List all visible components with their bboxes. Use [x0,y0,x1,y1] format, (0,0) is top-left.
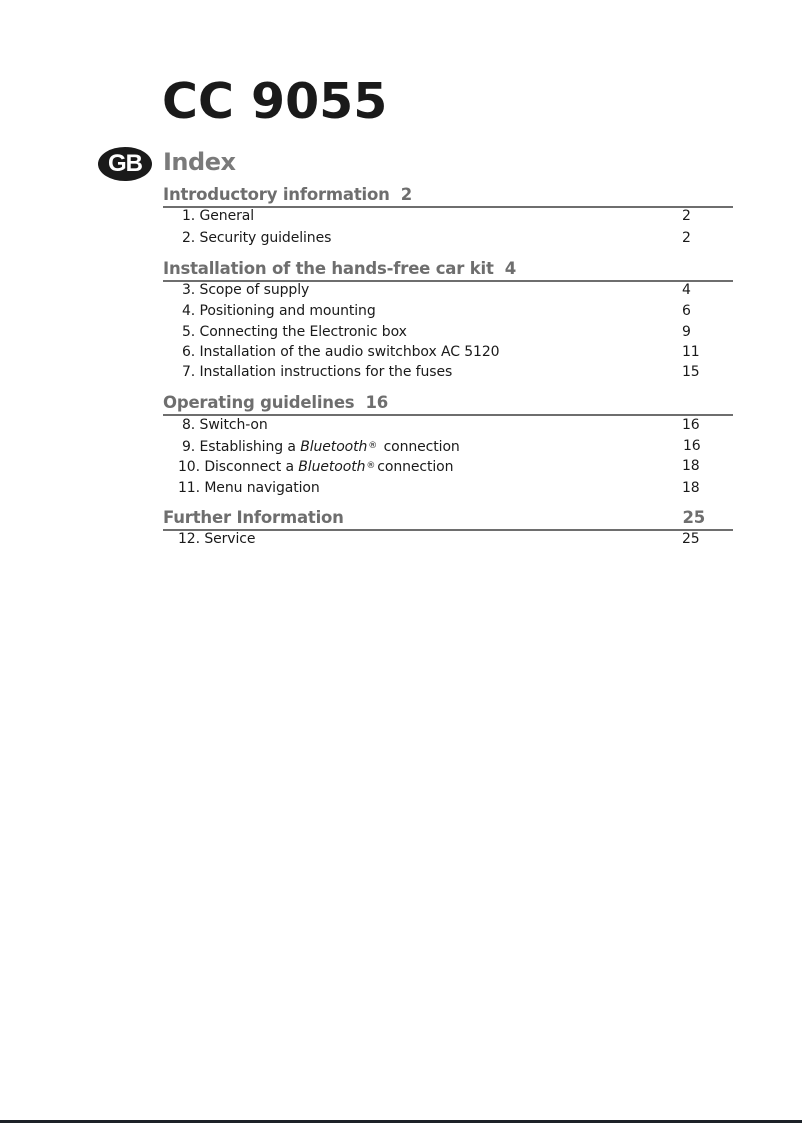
toc-section-further-information: Further Information 25 12. Service 25 [163,507,733,531]
toc-entry[interactable]: 12. Service 25 [163,529,733,549]
section-page: 2 [401,185,412,204]
toc-entry[interactable]: 8. Switch-on 16 [163,415,733,435]
entry-page: 2 [682,228,691,248]
entry-text: Scope of supply [200,282,310,298]
toc-entry[interactable]: 3. Scope of supply 4 [163,280,733,300]
entry-page: 15 [682,362,700,382]
toc-section-operating: Operating guidelines 16 8. Switch-on 16 … [163,392,733,416]
section-title: Installation of the hands-free car kit [163,259,494,278]
entry-page: 16 [682,415,700,435]
entry-page: 18 [682,478,700,498]
language-badge-gb: GB [98,147,152,181]
toc-entry[interactable]: 7. Installation instructions for the fus… [163,362,733,382]
entry-text: Service [204,531,255,547]
toc-entry[interactable]: 5. Connecting the Electronic box 9 [163,322,733,342]
section-heading[interactable]: Further Information 25 [163,507,733,531]
toc-entry[interactable]: 10. Disconnect a Bluetooth®connection 18 [163,456,733,476]
section-heading[interactable]: Operating guidelines 16 [163,392,733,416]
entry-text: Switch-on [200,417,268,433]
section-page: 25 [682,507,705,529]
bluetooth-italic: Bluetooth [300,439,367,455]
registered-mark: ® [366,461,375,471]
entry-text: Installation instructions for the fuses [200,364,453,380]
entry-text: General [200,208,254,224]
entry-text: Installation of the audio switchbox AC 5… [200,344,500,360]
entry-page: 9 [682,322,691,342]
section-title: Further Information [163,508,344,527]
toc-section-installation: Installation of the hands-free car kit 4… [163,258,733,282]
entry-page: 2 [682,206,691,226]
entry-page: 18 [682,456,700,476]
entry-page: 6 [682,301,691,321]
entry-page: 4 [682,280,691,300]
toc-entry[interactable]: 6. Installation of the audio switchbox A… [163,342,733,362]
entry-page: 11 [682,342,700,362]
entry-text: Connecting the Electronic box [200,324,407,340]
toc-section-introductory: Introductory information 2 1. General 2 … [163,184,733,208]
entry-text: Menu navigation [204,480,319,496]
section-heading[interactable]: Installation of the hands-free car kit 4 [163,258,733,282]
registered-mark: ® [368,441,377,451]
bluetooth-italic: Bluetooth [298,459,365,475]
index-heading: Index [163,145,235,179]
section-heading[interactable]: Introductory information 2 [163,184,733,208]
section-title: Operating guidelines [163,393,354,412]
entry-page: 16 [683,436,701,456]
toc-entry[interactable]: 11. Menu navigation 18 [163,478,733,498]
section-page: 4 [505,259,516,278]
toc-entry[interactable]: 9. Establishing a Bluetooth® connection … [163,436,733,456]
document-title: CC 9055 [162,72,387,132]
entry-text: Positioning and mounting [200,303,376,319]
toc-entry[interactable]: 2. Security guidelines 2 [163,228,733,248]
entry-page: 25 [682,529,700,549]
toc-entry[interactable]: 4. Positioning and mounting 6 [163,301,733,321]
section-title: Introductory information [163,185,390,204]
entry-text: Security guidelines [200,230,332,246]
toc-entry[interactable]: 1. General 2 [163,206,733,226]
section-page: 16 [366,393,389,412]
